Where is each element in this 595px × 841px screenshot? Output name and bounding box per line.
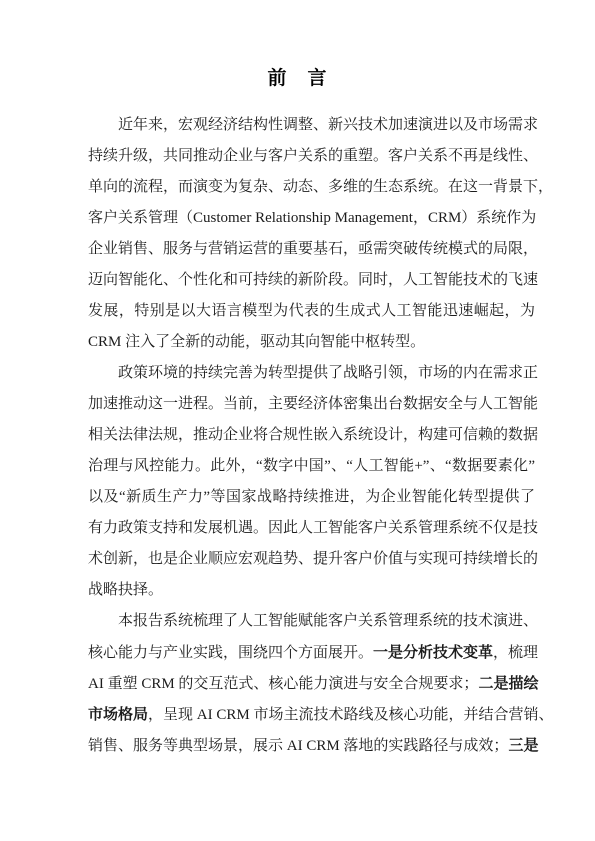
text-line: 销售、服务等典型场景，展示 AI CRM 落地的实践路径与成效；三是 — [88, 730, 535, 761]
body-text: 加速推动这一进程。当前，主要经济体密集出台数据安全与人工智能 — [88, 396, 538, 412]
body-text: 核心能力与产业实践，围绕四个方面展开。 — [88, 645, 373, 661]
body-text: 销售、服务等典型场景，展示 AI CRM 落地的实践路径与成效； — [88, 738, 508, 754]
emphasis-text: 三是 — [508, 737, 538, 754]
text-line: 发展，特别是以大语言模型为代表的生成式人工智能迅速崛起，为 — [88, 296, 535, 327]
text-line: 单向的流程，而演变为复杂、动态、多维的生态系统。在这一背景下， — [88, 172, 535, 203]
body-text: 迈向智能化、个性化和可持续的新阶段。同时，人工智能技术的飞速 — [88, 272, 538, 288]
body-text: 本报告系统梳理了人工智能赋能客户关系管理系统的技术演进、 — [118, 613, 538, 629]
text-line: 相关法律法规，推动企业将合规性嵌入系统设计，构建可信赖的数据 — [88, 420, 535, 451]
body-text: 单向的流程，而演变为复杂、动态、多维的生态系统。在这一背景下， — [88, 179, 553, 195]
paragraph: 政策环境的持续完善为转型提供了战略引领，市场的内在需求正加速推动这一进程。当前，… — [88, 358, 535, 606]
text-line: 政策环境的持续完善为转型提供了战略引领，市场的内在需求正 — [88, 358, 535, 389]
text-line: 客户关系管理（Customer Relationship Management，… — [88, 203, 535, 234]
body-text: 政策环境的持续完善为转型提供了战略引领，市场的内在需求正 — [118, 365, 538, 381]
body-text: 企业销售、服务与营销运营的重要基石，亟需突破传统模式的局限， — [88, 241, 538, 257]
text-line: 持续升级，共同推动企业与客户关系的重塑。客户关系不再是线性、 — [88, 141, 535, 172]
body-text: 治理与风控能力。此外，“数字中国”、“人工智能+”、“数据要素化” — [88, 458, 535, 474]
body-text: 近年来，宏观经济结构性调整、新兴技术加速演进以及市场需求 — [118, 117, 538, 133]
body-text: 术创新，也是企业顺应宏观趋势、提升客户价值与实现可持续增长的 — [88, 551, 538, 567]
paragraph: 近年来，宏观经济结构性调整、新兴技术加速演进以及市场需求持续升级，共同推动企业与… — [88, 110, 535, 358]
emphasis-text: 市场格局 — [88, 706, 148, 723]
text-line: 术创新，也是企业顺应宏观趋势、提升客户价值与实现可持续增长的 — [88, 544, 535, 575]
body-text: 相关法律法规，推动企业将合规性嵌入系统设计，构建可信赖的数据 — [88, 427, 538, 443]
paragraph: 本报告系统梳理了人工智能赋能客户关系管理系统的技术演进、核心能力与产业实践，围绕… — [88, 606, 535, 761]
page-title: 前 言 — [0, 0, 595, 94]
text-line: 有力政策支持和发展机遇。因此人工智能客户关系管理系统不仅是技 — [88, 513, 535, 544]
preface-body: 近年来，宏观经济结构性调整、新兴技术加速演进以及市场需求持续升级，共同推动企业与… — [0, 110, 595, 761]
emphasis-text: 一是分析技术变革 — [373, 644, 493, 661]
body-text: 以及“新质生产力”等国家战略持续推进，为企业智能化转型提供了 — [88, 489, 535, 505]
body-text: CRM 注入了全新的动能，驱动其向智能中枢转型。 — [88, 334, 425, 350]
text-line: 市场格局，呈现 AI CRM 市场主流技术路线及核心功能，并结合营销、 — [88, 699, 535, 730]
text-line: CRM 注入了全新的动能，驱动其向智能中枢转型。 — [88, 327, 535, 358]
body-text: AI 重塑 CRM 的交互范式、核心能力演进与安全合规要求； — [88, 676, 478, 692]
text-line: 企业销售、服务与营销运营的重要基石，亟需突破传统模式的局限， — [88, 234, 535, 265]
text-line: AI 重塑 CRM 的交互范式、核心能力演进与安全合规要求；二是描绘 — [88, 668, 535, 699]
body-text: 持续升级，共同推动企业与客户关系的重塑。客户关系不再是线性、 — [88, 148, 538, 164]
text-line: 近年来，宏观经济结构性调整、新兴技术加速演进以及市场需求 — [88, 110, 535, 141]
text-line: 本报告系统梳理了人工智能赋能客户关系管理系统的技术演进、 — [88, 606, 535, 637]
text-line: 核心能力与产业实践，围绕四个方面展开。一是分析技术变革，梳理 — [88, 637, 535, 668]
text-line: 加速推动这一进程。当前，主要经济体密集出台数据安全与人工智能 — [88, 389, 535, 420]
body-text: 客户关系管理（Customer Relationship Management，… — [88, 210, 536, 226]
text-line: 以及“新质生产力”等国家战略持续推进，为企业智能化转型提供了 — [88, 482, 535, 513]
text-line: 战略抉择。 — [88, 575, 535, 606]
body-text: ，梳理 — [493, 645, 538, 661]
body-text: 发展，特别是以大语言模型为代表的生成式人工智能迅速崛起，为 — [88, 303, 535, 319]
body-text: 战略抉择。 — [88, 582, 163, 598]
emphasis-text: 二是描绘 — [478, 675, 538, 692]
text-line: 治理与风控能力。此外，“数字中国”、“人工智能+”、“数据要素化” — [88, 451, 535, 482]
document-page: 前 言 近年来，宏观经济结构性调整、新兴技术加速演进以及市场需求持续升级，共同推… — [0, 0, 595, 841]
text-line: 迈向智能化、个性化和可持续的新阶段。同时，人工智能技术的飞速 — [88, 265, 535, 296]
body-text: 有力政策支持和发展机遇。因此人工智能客户关系管理系统不仅是技 — [88, 520, 538, 536]
body-text: ，呈现 AI CRM 市场主流技术路线及核心功能，并结合营销、 — [148, 707, 553, 723]
